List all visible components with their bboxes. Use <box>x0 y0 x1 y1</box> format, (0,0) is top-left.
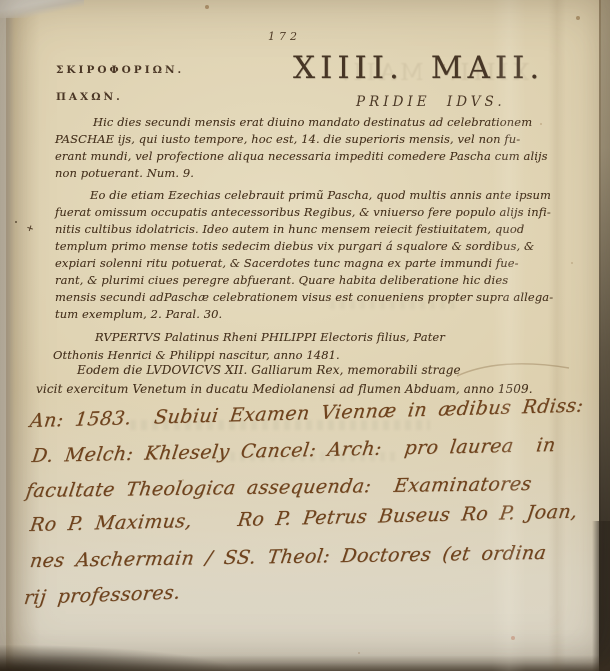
manuscript-line: facultate Theologica assequenda: Examina… <box>25 475 533 501</box>
print-line: nitis cultibus idolatricis. Ideo autem i… <box>55 221 533 238</box>
paper-crease <box>548 0 566 671</box>
manuscript-line: D. Melch: Khlesely Cancel: Arch: pro lau… <box>31 436 557 466</box>
right-edge-shadow-wedge <box>592 521 610 671</box>
print-line: fuerat omissum occupatis antecessoribus … <box>55 204 533 221</box>
bottom-left-shadow <box>0 645 230 671</box>
print-line: non potuerant. Num. 9. <box>55 165 533 182</box>
manuscript-line: rij professores. <box>23 583 182 608</box>
print-line: templum primo mense totis sedecim diebus… <box>55 238 533 255</box>
print-line: mensis secundi adPaschæ celebrationem vi… <box>55 289 533 306</box>
paper-speckles <box>0 0 2 2</box>
print-line: PASCHAE ijs, qui iusto tempore, hoc est,… <box>55 131 533 148</box>
page-corner-highlight <box>0 0 84 18</box>
print-line: RVPERTVS Palatinus Rheni PHILIPPI Electo… <box>53 329 531 347</box>
photo-of-book-page: XIIII. MAII. 172 ΣΚΙΡΟΦΟΡΙΩΝ. ΠΑΧΩΝ. XII… <box>0 0 610 671</box>
gutter-shadow <box>6 0 40 671</box>
margin-heading-greek-month: ΣΚΙΡΟΦΟΡΙΩΝ. <box>56 64 184 76</box>
print-line: rant, & plurimi ciues peregre abfuerant.… <box>55 272 533 289</box>
manuscript-line: nes Aschermain / SS. Theol: Doctores (et… <box>29 544 548 571</box>
paragraph-pascha: Hic dies secundi mensis erat diuino mand… <box>55 114 533 182</box>
print-line: Hic dies secundi mensis erat diuino mand… <box>55 114 533 131</box>
print-line: erant mundi, vel profectione aliqua nece… <box>55 148 533 165</box>
page-number: 172 <box>268 31 301 42</box>
print-line: expiari solenni ritu potuerat, & Sacerdo… <box>55 255 533 272</box>
margin-heading-egyptian-month: ΠΑΧΩΝ. <box>56 91 123 103</box>
print-line: Eo die etiam Ezechias celebrauit primũ P… <box>55 187 533 204</box>
print-line: tum exemplum, 2. Paral. 30. <box>55 306 533 323</box>
paragraph-ezechias: Eo die etiam Ezechias celebrauit primũ P… <box>55 187 533 323</box>
page-subtitle-roman-date: PRIDIE IDVS. <box>356 94 506 110</box>
paper-crease <box>492 0 526 671</box>
